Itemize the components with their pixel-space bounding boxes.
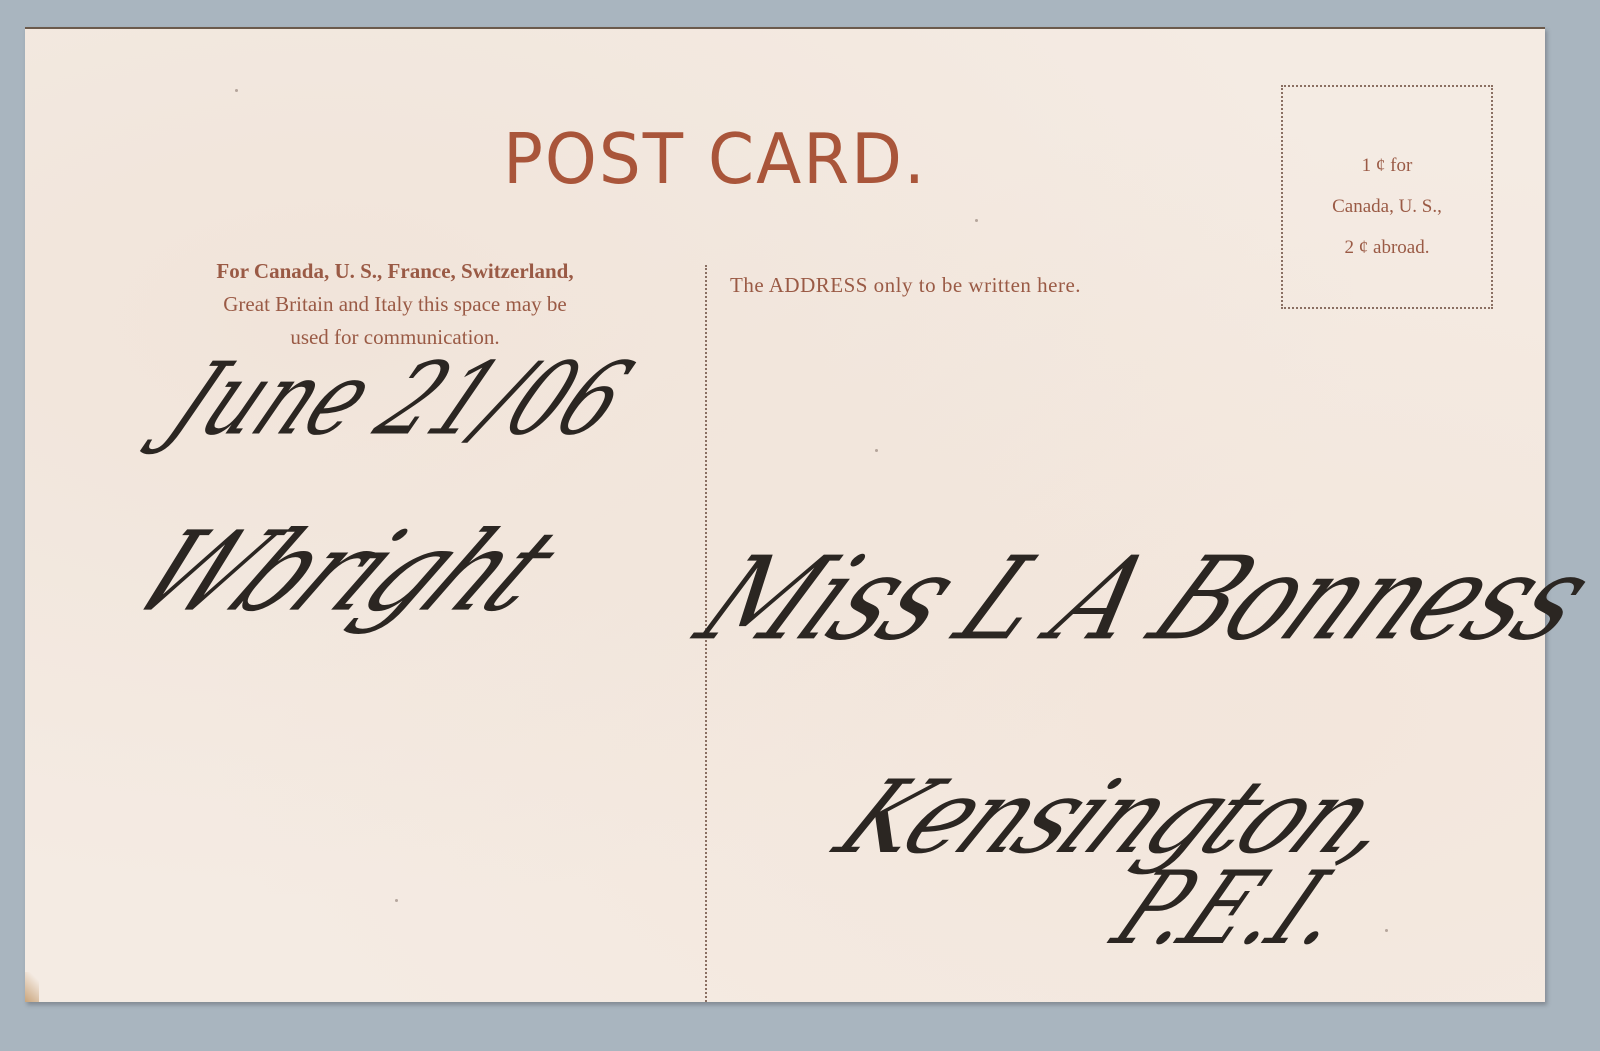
handwritten-sender: Wbright [105, 507, 582, 636]
paper-speck [235, 89, 238, 92]
communication-note-line-1: For Canada, U. S., France, Switzerland, [105, 255, 685, 288]
handwritten-date: June 21/06 [150, 341, 650, 457]
stamp-box-text: 1 ¢ for Canada, U. S., 2 ¢ abroad. [1283, 145, 1491, 268]
paper-speck [875, 449, 878, 452]
stamp-box: 1 ¢ for Canada, U. S., 2 ¢ abroad. [1281, 85, 1493, 309]
paper-speck [975, 219, 978, 222]
paper-speck [1385, 929, 1388, 932]
paper-speck [395, 899, 398, 902]
handwritten-addressee: Miss L A Bonness [675, 531, 1600, 666]
stamp-line-1: 1 ¢ for [1283, 145, 1491, 186]
postcard-back: POST CARD. For Canada, U. S., France, Sw… [25, 27, 1545, 1002]
stamp-line-2: Canada, U. S., [1283, 186, 1491, 227]
address-note: The ADDRESS only to be written here. [730, 273, 1081, 298]
corner-wear [25, 972, 39, 1002]
postcard-title: POST CARD. [480, 119, 950, 200]
communication-note-line-2: Great Britain and Italy this space may b… [105, 288, 685, 321]
communication-note: For Canada, U. S., France, Switzerland, … [105, 255, 685, 354]
stamp-line-3: 2 ¢ abroad. [1283, 227, 1491, 268]
